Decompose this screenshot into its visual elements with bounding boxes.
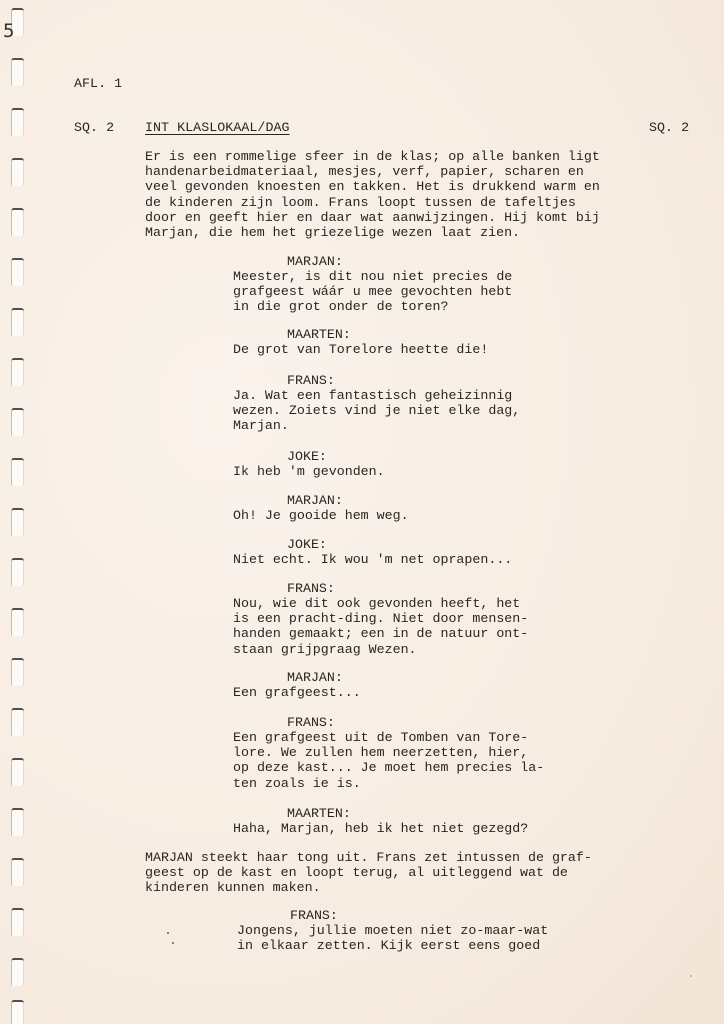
character-name: MAARTEN:	[287, 806, 351, 821]
episode-label: AFL. 1	[74, 76, 122, 91]
character-name: JOKE:	[287, 537, 327, 552]
binder-hole	[11, 908, 24, 936]
binder-hole	[11, 558, 24, 586]
character-name: MARJAN:	[287, 493, 343, 508]
dialogue-line: Oh! Je gooide hem weg.	[233, 508, 409, 523]
dialogue-line: Ja. Wat een fantastisch geheizinnig weze…	[233, 388, 520, 434]
character-name: FRANS:	[287, 715, 335, 730]
binder-hole	[11, 808, 24, 836]
character-name: MARJAN:	[287, 670, 343, 685]
action-description: Er is een rommelige sfeer in de klas; op…	[145, 149, 600, 240]
character-name: JOKE:	[287, 449, 327, 464]
dialogue-line: Een grafgeest uit de Tomben van Tore- lo…	[233, 730, 544, 791]
dialogue-line: Meester, is dit nou niet precies de graf…	[233, 269, 512, 315]
ink-speck	[167, 932, 169, 934]
binder-hole	[11, 108, 24, 136]
dialogue-line: Haha, Marjan, heb ik het niet gezegd?	[233, 821, 528, 836]
action-description-2: MARJAN steekt haar tong uit. Frans zet i…	[145, 850, 592, 896]
dialogue-line: De grot van Torelore heette die!	[233, 342, 488, 357]
binder-hole	[11, 458, 24, 486]
binder-hole	[11, 858, 24, 886]
character-name: MARJAN:	[287, 254, 343, 269]
dialogue-line: Ik heb 'm gevonden.	[233, 464, 385, 479]
dialogue-line: Nou, wie dit ook gevonden heeft, het is …	[233, 596, 528, 657]
binder-hole	[11, 658, 24, 686]
scene-number-left: SQ. 2	[74, 120, 114, 135]
character-name: FRANS:	[287, 581, 335, 596]
dialogue-line: Niet echt. Ik wou 'm net oprapen...	[233, 552, 512, 567]
binder-hole	[11, 258, 24, 286]
paper-mark	[690, 975, 692, 977]
binder-hole	[11, 408, 24, 436]
scene-number-right: SQ. 2	[649, 120, 689, 135]
page-number: 5	[3, 20, 14, 42]
binder-hole	[11, 508, 24, 536]
binder-hole	[11, 1000, 24, 1024]
scene-heading: INT KLASLOKAAL/DAG	[145, 120, 290, 135]
binder-hole	[11, 358, 24, 386]
dialogue-line: Jongens, jullie moeten niet zo-maar-wat …	[237, 923, 548, 953]
binder-hole	[11, 708, 24, 736]
binder-hole	[11, 758, 24, 786]
binder-hole	[11, 608, 24, 636]
character-name: MAARTEN:	[287, 327, 351, 342]
character-name: FRANS:	[287, 373, 335, 388]
dialogue-line: Een grafgeest...	[233, 685, 361, 700]
character-name: FRANS:	[290, 908, 338, 923]
binder-holes	[0, 0, 30, 1024]
binder-hole	[11, 308, 24, 336]
binder-hole	[11, 958, 24, 986]
binder-hole	[11, 208, 24, 236]
binder-hole	[11, 158, 24, 186]
binder-hole	[11, 58, 24, 86]
ink-speck	[172, 942, 174, 944]
